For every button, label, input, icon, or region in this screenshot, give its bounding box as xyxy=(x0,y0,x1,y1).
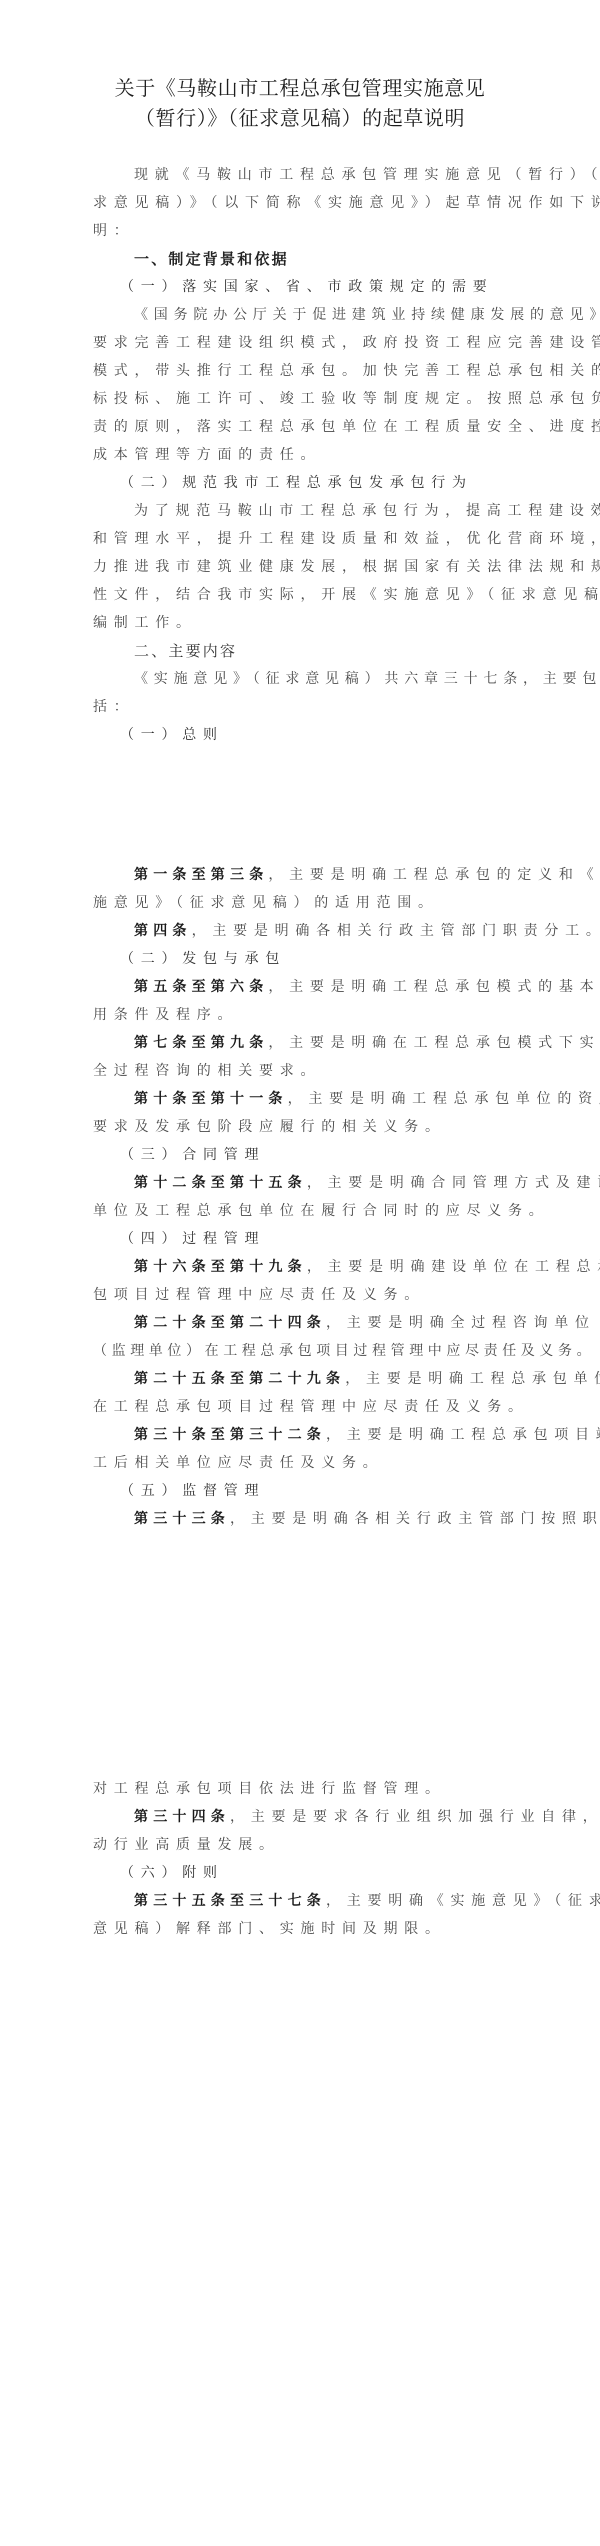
article-item: 第十六条至第十九条，主要是明确建设单位在工程总承 xyxy=(93,1257,550,1277)
article-range: 第四条 xyxy=(134,923,192,939)
subsection-heading: （一）落实国家、省、市政策规定的需要 xyxy=(93,277,536,297)
paragraph-line: 括： xyxy=(93,697,509,717)
article-range: 第三十条至第三十二条 xyxy=(134,1427,326,1443)
paragraph-line: 责的原则，落实工程总承包单位在工程质量安全、进度控制、 xyxy=(93,417,509,437)
paragraph-line: 性文件，结合我市实际，开展《实施意见》（征求意见稿） xyxy=(93,585,509,605)
paragraph-line: 施意见》（征求意见稿）的适用范围。 xyxy=(93,893,509,913)
paragraph-line: （监理单位）在工程总承包项目过程管理中应尽责任及义务。 xyxy=(93,1341,509,1361)
paragraph-line: 《国务院办公厅关于促进建筑业持续健康发展的意见》 xyxy=(93,305,550,325)
chapter-heading: （六）附则 xyxy=(93,1863,536,1883)
article-item: 第三十五条至三十七条，主要明确《实施意见》（征求 xyxy=(93,1891,550,1911)
paragraph-line: 工后相关单位应尽责任及义务。 xyxy=(93,1453,509,1473)
paragraph-line: 意见稿）解释部门、实施时间及期限。 xyxy=(93,1919,509,1939)
article-item: 第三十条至第三十二条，主要是明确工程总承包项目竣 xyxy=(93,1425,550,1445)
article-range: 第五条至第六条 xyxy=(134,979,268,995)
article-range: 第三十四条 xyxy=(134,1809,230,1825)
article-item: 第十条至第十一条，主要是明确工程总承包单位的资质 xyxy=(93,1089,550,1109)
article-item: 第七条至第九条，主要是明确在工程总承包模式下实施 xyxy=(93,1033,550,1053)
intro-line: 求意见稿）》（以下简称《实施意见》）起草情况作如下说 xyxy=(93,193,509,213)
article-item: 第十二条至第十五条，主要是明确合同管理方式及建设 xyxy=(93,1173,550,1193)
section-heading: 一、制定背景和依据 xyxy=(93,249,550,269)
article-range: 第一条至第三条 xyxy=(134,867,268,883)
article-range: 第十二条至第十五条 xyxy=(134,1175,307,1191)
paragraph-line: 力推进我市建筑业健康发展，根据国家有关法律法规和规范 xyxy=(93,557,509,577)
paragraph-line: 要求及发承包阶段应履行的相关义务。 xyxy=(93,1117,509,1137)
article-item: 第五条至第六条，主要是明确工程总承包模式的基本适 xyxy=(93,977,550,997)
paragraph-line: 成本管理等方面的责任。 xyxy=(93,445,509,465)
paragraph-line: 包项目过程管理中应尽责任及义务。 xyxy=(93,1285,509,1305)
article-range: 第三十三条 xyxy=(134,1511,230,1527)
article-range: 第十六条至第十九条 xyxy=(134,1259,307,1275)
paragraph-line: 在工程总承包项目过程管理中应尽责任及义务。 xyxy=(93,1397,509,1417)
section-heading: 二、主要内容 xyxy=(93,641,550,661)
document-title-line-1: 关于《马鞍山市工程总承包管理实施意见 xyxy=(0,73,600,103)
paragraph-line: 编制工作。 xyxy=(93,613,509,633)
article-item: 第二十五条至第二十九条，主要是明确工程总承包单位 xyxy=(93,1369,550,1389)
chapter-heading: （一）总则 xyxy=(93,725,536,745)
article-range: 第二十五条至第二十九条 xyxy=(134,1371,345,1387)
paragraph-line: 要求完善工程建设组织模式，政府投资工程应完善建设管理 xyxy=(93,333,509,353)
document-title-line-2: （暂行）》（征求意见稿）的起草说明 xyxy=(0,103,600,133)
article-item: 第三十四条，主要是要求各行业组织加强行业自律，推 xyxy=(93,1807,550,1827)
intro-line: 现就《马鞍山市工程总承包管理实施意见（暂行）（征 xyxy=(93,165,550,185)
article-range: 第三十五条至三十七条 xyxy=(134,1893,326,1909)
article-item: 第二十条至第二十四条，主要是明确全过程咨询单位 xyxy=(93,1313,550,1333)
paragraph-line: 和管理水平，提升工程建设质量和效益，优化营商环境，全 xyxy=(93,529,509,549)
chapter-heading: （三）合同管理 xyxy=(93,1145,536,1165)
paragraph-line: 动行业高质量发展。 xyxy=(93,1835,509,1855)
paragraph-line: 《实施意见》（征求意见稿）共六章三十七条，主要包 xyxy=(93,669,550,689)
article-item: 第一条至第三条，主要是明确工程总承包的定义和《实 xyxy=(93,865,550,885)
article-item: 第三十三条，主要是明确各相关行政主管部门按照职责 xyxy=(93,1509,550,1529)
chapter-heading: （二）发包与承包 xyxy=(93,949,536,969)
paragraph-line: 全过程咨询的相关要求。 xyxy=(93,1061,509,1081)
paragraph-line: 用条件及程序。 xyxy=(93,1005,509,1025)
article-range: 第二十条至第二十四条 xyxy=(134,1315,326,1331)
paragraph-line: 为了规范马鞍山市工程总承包行为，提高工程建设效率 xyxy=(93,501,550,521)
paragraph-line: 模式，带头推行工程总承包。加快完善工程总承包相关的招 xyxy=(93,361,509,381)
article-item: 第四条，主要是明确各相关行政主管部门职责分工。 xyxy=(93,921,550,941)
chapter-heading: （五）监督管理 xyxy=(93,1481,536,1501)
article-range: 第七条至第九条 xyxy=(134,1035,268,1051)
article-range: 第十条至第十一条 xyxy=(134,1091,288,1107)
paragraph-line: 对工程总承包项目依法进行监督管理。 xyxy=(93,1779,509,1799)
intro-line: 明： xyxy=(93,221,509,241)
subsection-heading: （二）规范我市工程总承包发承包行为 xyxy=(93,473,536,493)
chapter-heading: （四）过程管理 xyxy=(93,1229,536,1249)
paragraph-line: 标投标、施工许可、竣工验收等制度规定。按照总承包负总 xyxy=(93,389,509,409)
paragraph-line: 单位及工程总承包单位在履行合同时的应尽义务。 xyxy=(93,1201,509,1221)
